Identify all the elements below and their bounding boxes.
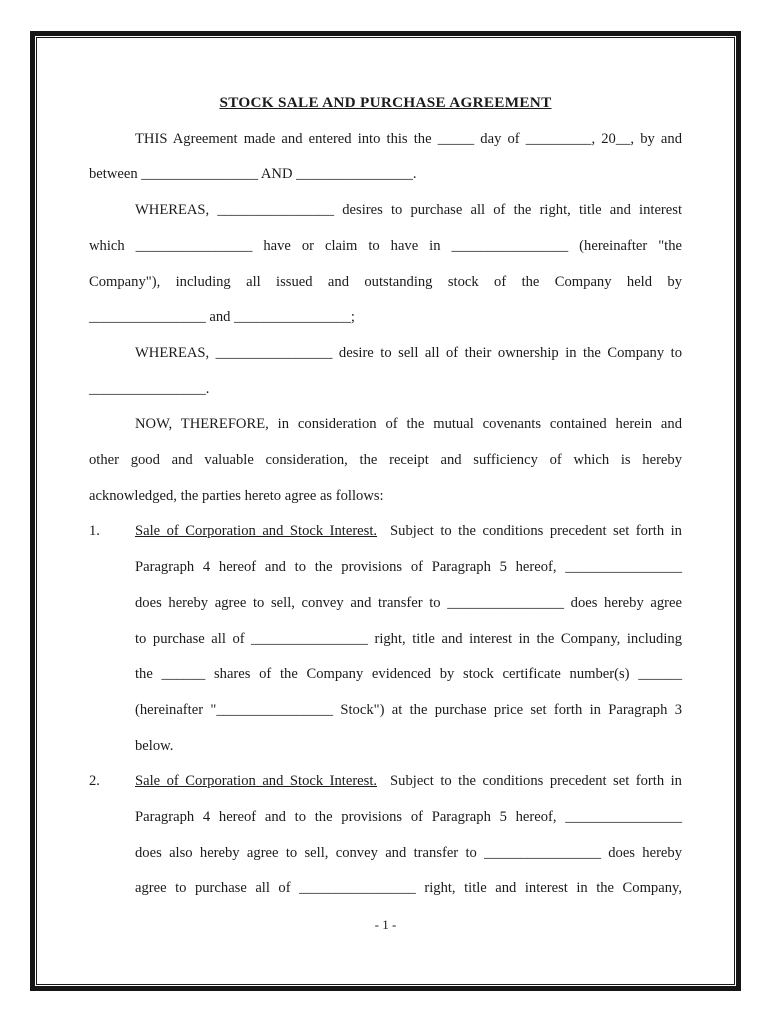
document-line: does also hereby agree to sell, convey a… — [89, 836, 682, 872]
text-segment: other good and valuable consideration, t… — [89, 452, 682, 468]
document-page: STOCK SALE AND PURCHASE AGREEMENT THIS A… — [0, 0, 770, 1024]
document-line: (hereinafter "________________ Stock") a… — [89, 693, 682, 729]
underlined-heading: Sale of Corporation and Stock Interest. — [135, 773, 377, 789]
document-line: the ______ shares of the Company evidenc… — [89, 657, 682, 693]
underlined-heading: Sale of Corporation and Stock Interest. — [135, 523, 377, 539]
item-number: 1. — [89, 514, 135, 550]
document-title-text: STOCK SALE AND PURCHASE AGREEMENT — [220, 94, 552, 111]
text-segment: Subject to the conditions precedent set … — [377, 773, 682, 789]
page-border-inner: STOCK SALE AND PURCHASE AGREEMENT THIS A… — [36, 37, 735, 985]
document-line: ________________ and ________________; — [89, 300, 682, 336]
document-line: which ________________ have or claim to … — [89, 229, 682, 265]
document-line: agree to purchase all of _______________… — [89, 871, 682, 907]
document-line: ________________. — [89, 372, 682, 408]
document-line: acknowledged, the parties hereto agree a… — [89, 479, 682, 515]
text-segment: does hereby agree to sell, convey and tr… — [135, 595, 682, 611]
document-line: to purchase all of ________________ righ… — [89, 622, 682, 658]
text-segment: agree to purchase all of _______________… — [135, 880, 682, 896]
text-segment: does also hereby agree to sell, convey a… — [135, 845, 682, 861]
text-segment: Paragraph 4 hereof and to the provisions… — [135, 559, 682, 575]
document-line: WHEREAS, ________________ desire to sell… — [89, 336, 682, 372]
document-line: between ________________ AND ___________… — [89, 157, 682, 193]
text-segment: Subject to the conditions precedent set … — [377, 523, 682, 539]
text-segment: NOW, THEREFORE, in consideration of the … — [135, 416, 682, 432]
document-content: STOCK SALE AND PURCHASE AGREEMENT THIS A… — [37, 38, 734, 943]
text-segment: the ______ shares of the Company evidenc… — [135, 666, 682, 682]
page-number: - 1 - — [89, 907, 682, 943]
document-line: 2.Sale of Corporation and Stock Interest… — [89, 764, 682, 800]
document-line: THIS Agreement made and entered into thi… — [89, 122, 682, 158]
document-line: does hereby agree to sell, convey and tr… — [89, 586, 682, 622]
document-line: Paragraph 4 hereof and to the provisions… — [89, 800, 682, 836]
text-segment: Company"), including all issued and outs… — [89, 274, 682, 290]
text-segment: to purchase all of ________________ righ… — [135, 631, 682, 647]
document-line: other good and valuable consideration, t… — [89, 443, 682, 479]
text-segment: between ________________ AND ___________… — [89, 166, 417, 182]
text-segment: ________________. — [89, 381, 209, 397]
document-line: 1.Sale of Corporation and Stock Interest… — [89, 514, 682, 550]
page-border-frame: STOCK SALE AND PURCHASE AGREEMENT THIS A… — [30, 31, 741, 991]
text-segment: (hereinafter "________________ Stock") a… — [135, 702, 682, 718]
document-line: WHEREAS, ________________ desires to pur… — [89, 193, 682, 229]
text-segment: Paragraph 4 hereof and to the provisions… — [135, 809, 682, 825]
text-segment: acknowledged, the parties hereto agree a… — [89, 488, 384, 504]
document-body: THIS Agreement made and entered into thi… — [89, 122, 682, 907]
document-line: Paragraph 4 hereof and to the provisions… — [89, 550, 682, 586]
text-segment: WHEREAS, ________________ desire to sell… — [135, 345, 682, 361]
text-segment: WHEREAS, ________________ desires to pur… — [135, 202, 682, 218]
text-segment: below. — [135, 738, 173, 754]
text-segment: which ________________ have or claim to … — [89, 238, 682, 254]
text-segment: THIS Agreement made and entered into thi… — [135, 131, 682, 147]
item-number: 2. — [89, 764, 135, 800]
document-title: STOCK SALE AND PURCHASE AGREEMENT — [89, 85, 682, 122]
text-segment: ________________ and ________________; — [89, 309, 355, 325]
document-line: Company"), including all issued and outs… — [89, 265, 682, 301]
document-line: NOW, THEREFORE, in consideration of the … — [89, 407, 682, 443]
document-line: below. — [89, 729, 682, 765]
